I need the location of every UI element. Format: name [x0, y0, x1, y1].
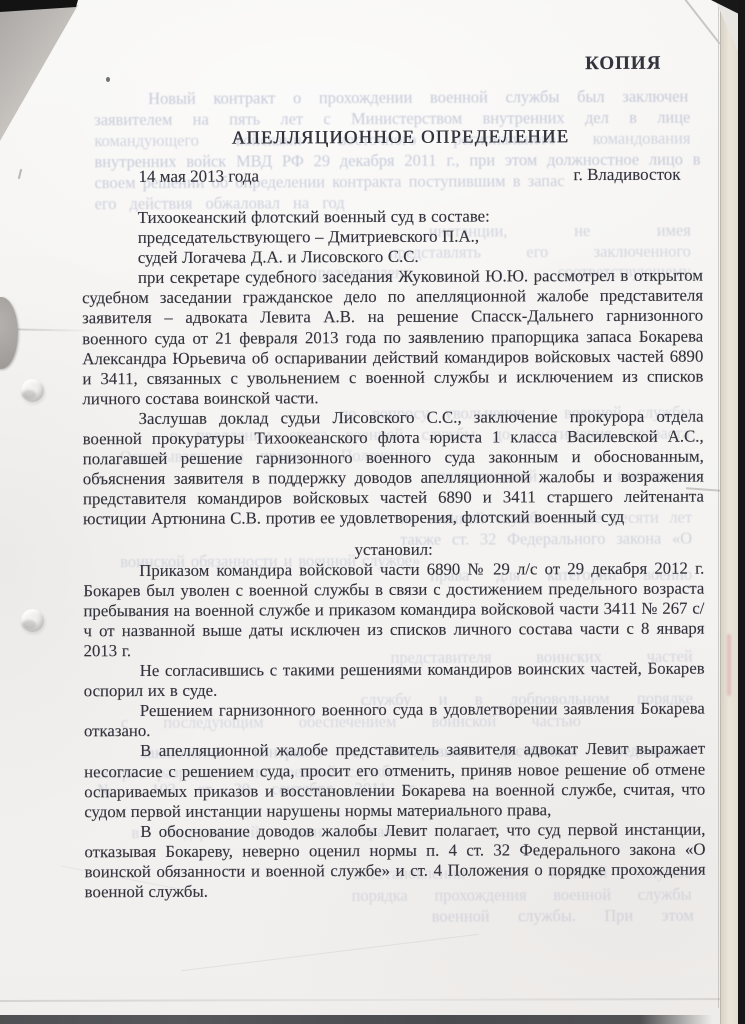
paragraph: Заслушав доклад судьи Лисовского С.С., з… [83, 406, 705, 529]
pink-smudge [727, 634, 731, 696]
paragraph: В апелляционной жалобе представитель зая… [84, 739, 705, 822]
paragraph: Тихоокеанский флотский военный суд в сос… [82, 206, 703, 229]
page-edge [718, 0, 719, 1008]
paragraph: председательствующего – Дмитриевского П.… [82, 226, 703, 249]
scanner-edge-right [738, 0, 745, 1024]
paragraph: Не согласившись с такими решениями коман… [84, 659, 705, 702]
copy-stamp: КОПИЯ [585, 53, 661, 75]
show-through-line: военной службы. При этом [432, 906, 694, 927]
underlay-sheet-edge [720, 8, 739, 1024]
section-heading: установил: [83, 538, 704, 561]
paragraph: судей Логачева Д.А. и Лисовского С.С. [82, 246, 703, 269]
ink-speck [106, 77, 110, 82]
document-title: АПЕЛЛЯЦИОННОЕ ОПРЕДЕЛЕНИЕ [82, 126, 718, 150]
paragraph: В обоснование доводов жалобы Левит полаг… [84, 819, 705, 902]
scanner-edge-bottom [0, 1015, 712, 1024]
page-content: Новый контракт о прохождении военной слу… [0, 0, 745, 1024]
scanned-document-page: Новый контракт о прохождении военной слу… [0, 0, 745, 1024]
punch-hole [21, 379, 44, 402]
punch-hole [21, 609, 44, 632]
paragraph: Решением гарнизонного военного суда в уд… [84, 699, 705, 742]
document-body: Тихоокеанский флотский военный суд в сос… [82, 206, 706, 903]
document-date: 14 мая 2013 года [138, 166, 259, 187]
paragraph: Приказом командира войсковой части 6890 … [83, 558, 704, 661]
document-place: г. Владивосток [573, 165, 680, 185]
show-through-line: Новый контракт о прохождении военной слу… [148, 87, 688, 109]
paragraph: при секретаре судебного заседания Жукови… [82, 266, 704, 409]
